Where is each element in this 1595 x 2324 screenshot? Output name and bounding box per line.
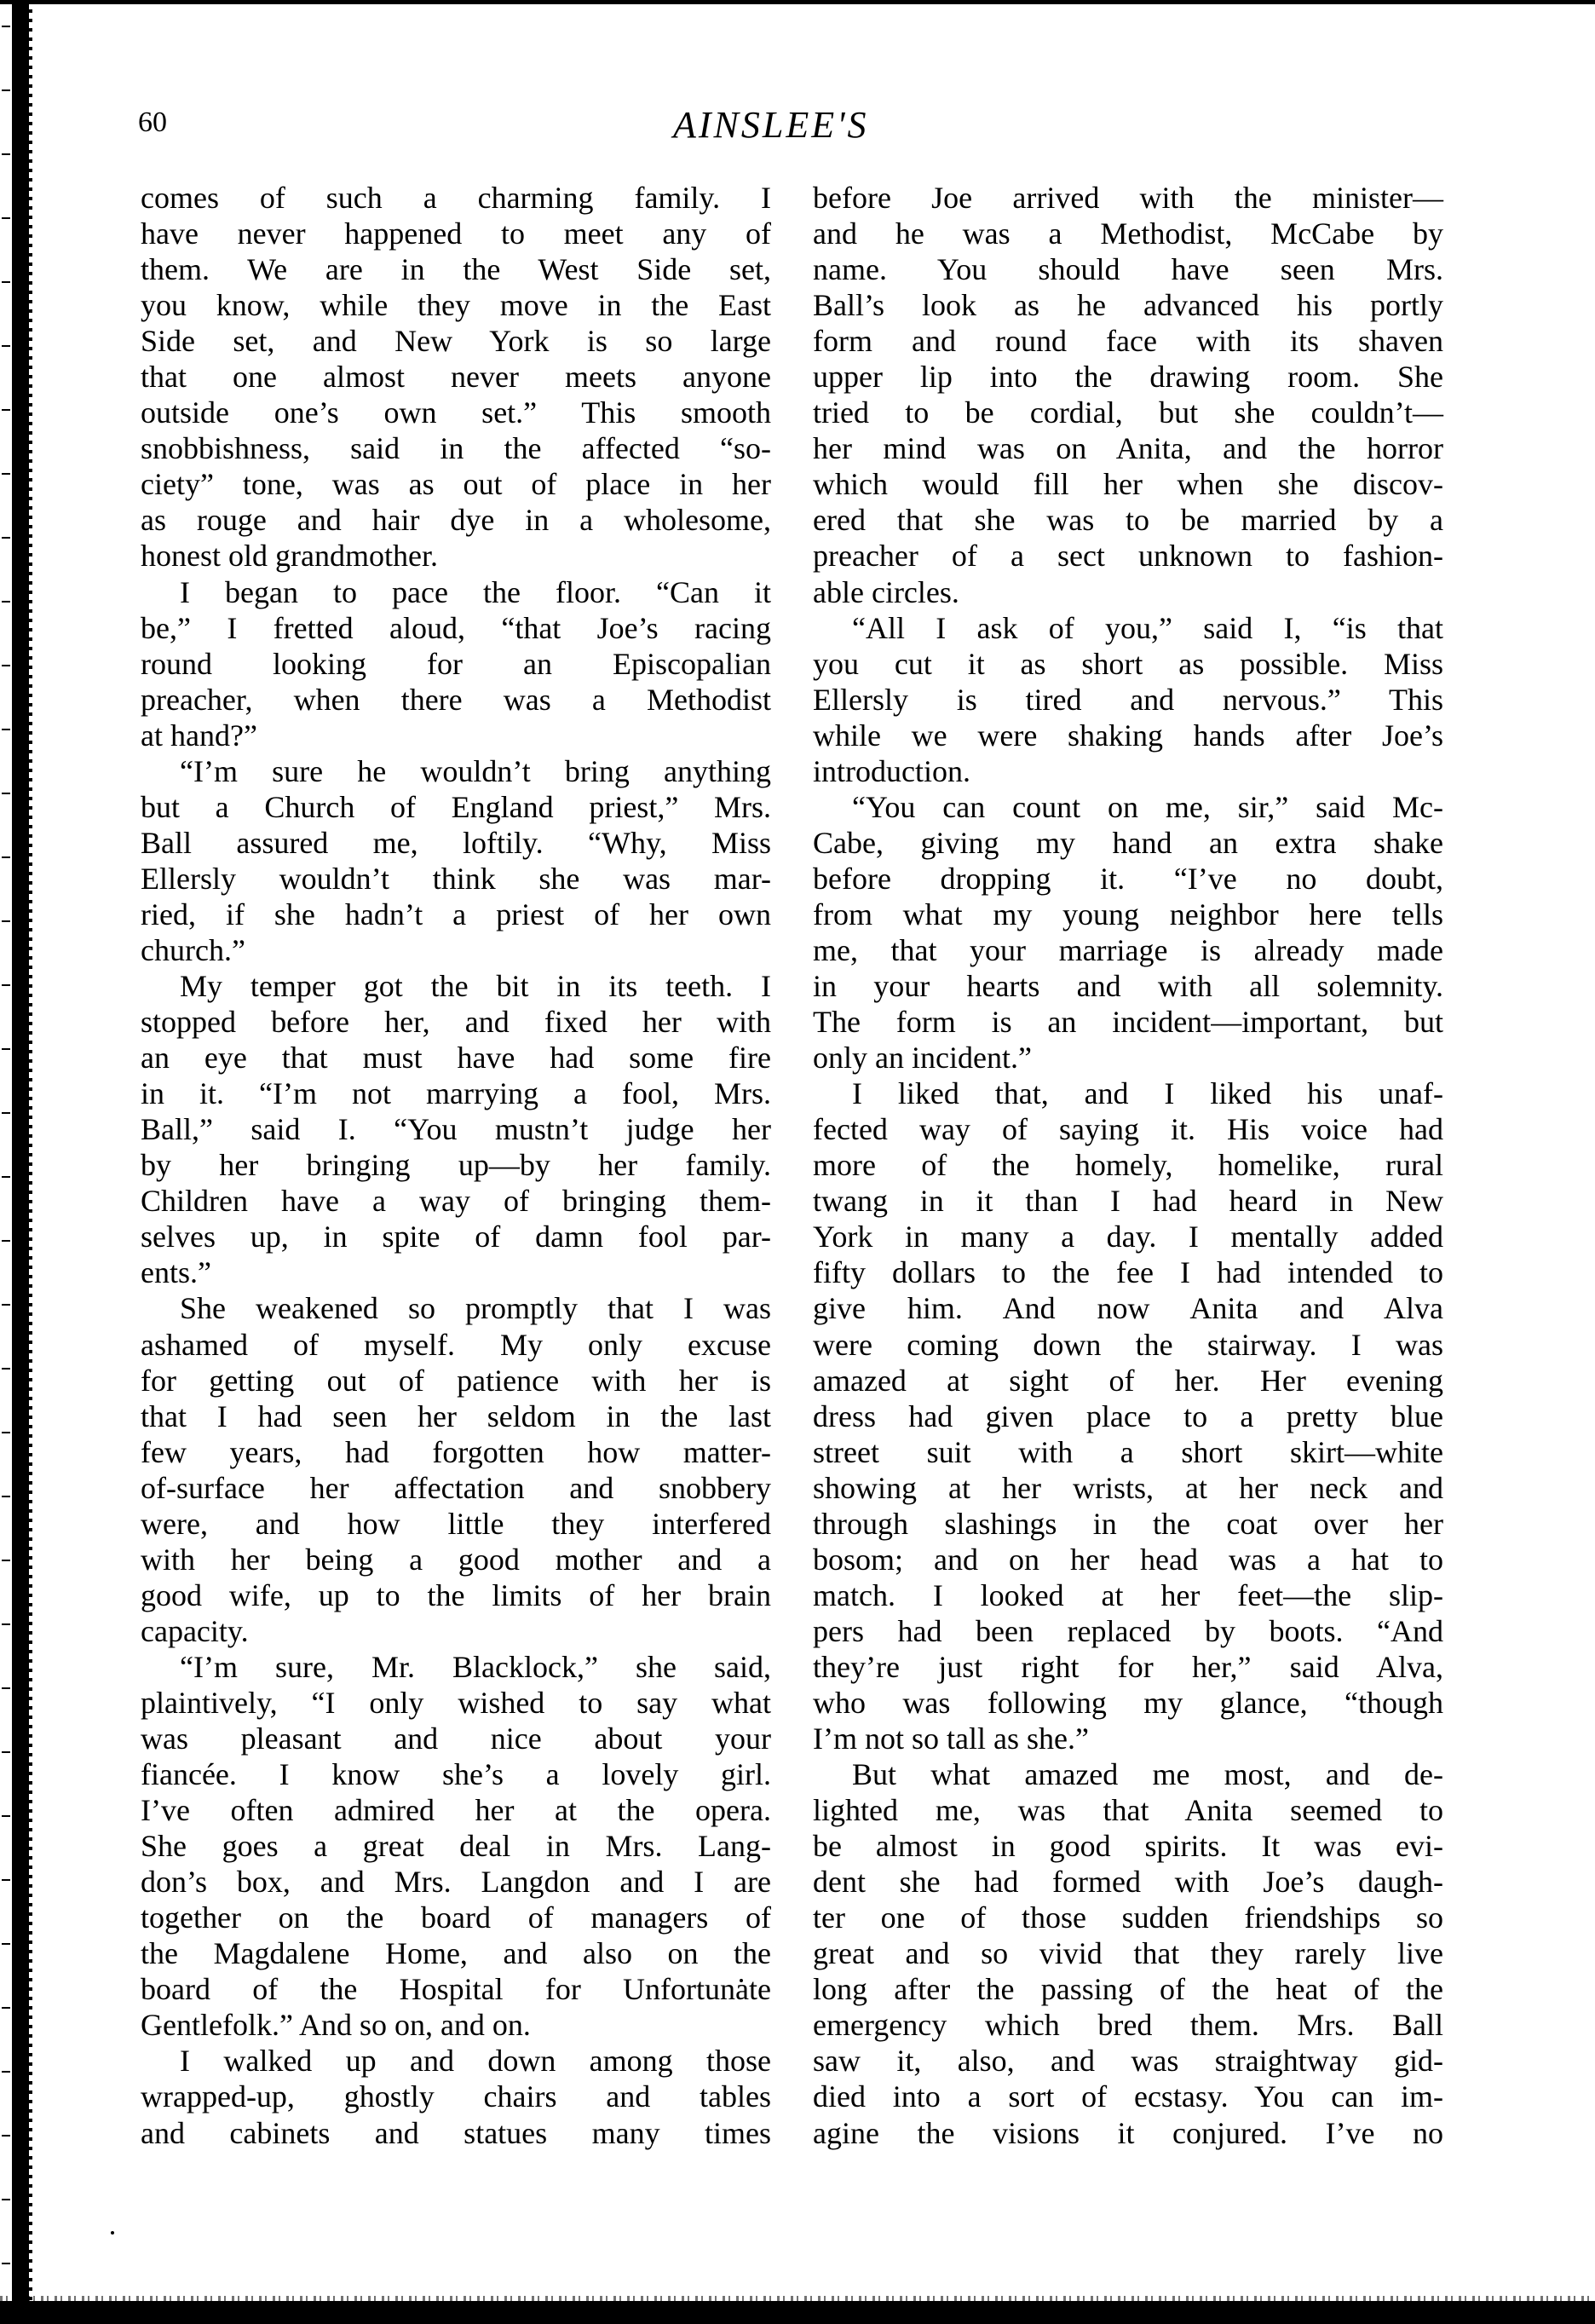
text-line: agine the visions it conjured. I’ve no [813, 2115, 1443, 2151]
text-line: tried to be cordial, but she couldn’t— [813, 395, 1443, 430]
text-line: bosom; and on her head was a hat to [813, 1542, 1443, 1577]
text-line: only an incident.” [813, 1040, 1443, 1075]
scan-speck [740, 1979, 743, 1982]
text-line: them. We are in the West Side set, [141, 251, 771, 287]
text-line: and cabinets and statues many times [141, 2115, 771, 2151]
text-line: died into a sort of ecstasy. You can im- [813, 2079, 1443, 2114]
text-line: at hand?” [141, 718, 771, 753]
text-line: York in many a day. I mentally added [813, 1219, 1443, 1254]
text-line: that I had seen her seldom in the last [141, 1398, 771, 1434]
text-line: while we were shaking hands after Joe’s [813, 718, 1443, 753]
text-line: were coming down the stairway. I was [813, 1327, 1443, 1363]
text-line: honest old grandmother. [141, 538, 771, 574]
text-line: don’s box, and Mrs. Langdon and I are [141, 1864, 771, 1900]
text-line: match. I looked at her feet—the slip- [813, 1577, 1443, 1613]
text-line: emergency which bred them. Mrs. Ball [813, 2007, 1443, 2043]
text-line: you know, while they move in the East [141, 287, 771, 323]
text-line: Ball,” said I. “You mustn’t judge her [141, 1111, 771, 1147]
text-line: which would fill her when she discov- [813, 466, 1443, 502]
text-line: Ball assured me, loftily. “Why, Miss [141, 825, 771, 861]
text-line: was pleasant and nice about your [141, 1721, 771, 1756]
text-line: before dropping it. “I’ve no doubt, [813, 861, 1443, 897]
text-line: dent she had formed with Joe’s daugh- [813, 1864, 1443, 1900]
text-line: from what my young neighbor here tells [813, 897, 1443, 932]
text-line: long after the passing of the heat of th… [813, 1971, 1443, 2007]
running-head-title: AINSLEE'S [673, 104, 869, 147]
text-line: be almost in good spirits. It was evi- [813, 1828, 1443, 1864]
text-line: showing at her wrists, at her neck and [813, 1470, 1443, 1506]
scan-bottom-border [0, 2301, 1595, 2324]
text-line: few years, had forgotten how matter- [141, 1434, 771, 1470]
text-line: they’re just right for her,” said Alva, [813, 1649, 1443, 1685]
text-line: I’ve often admired her at the opera. [141, 1792, 771, 1828]
text-line: “You can count on me, sir,” said Mc- [813, 789, 1443, 825]
text-line: together on the board of managers of [141, 1900, 771, 1935]
text-line: be,” I fretted aloud, “that Joe’s racing [141, 610, 771, 646]
text-line: selves up, in spite of damn fool par- [141, 1219, 771, 1254]
text-line: in it. “I’m not marrying a fool, Mrs. [141, 1075, 771, 1111]
text-line: upper lip into the drawing room. She [813, 359, 1443, 395]
text-line: as rouge and hair dye in a wholesome, [141, 502, 771, 538]
text-line: pers had been replaced by boots. “And [813, 1613, 1443, 1649]
text-line: I began to pace the floor. “Can it [141, 574, 771, 610]
text-line: ashamed of myself. My only excuse [141, 1327, 771, 1363]
text-line: stopped before her, and fixed her with [141, 1004, 771, 1040]
text-line: her mind was on Anita, and the horror [813, 430, 1443, 466]
scan-binding-texture [29, 0, 32, 2324]
text-line: round looking for an Episcopalian [141, 646, 771, 682]
text-line: ents.” [141, 1254, 771, 1290]
scan-speck [111, 2231, 114, 2235]
text-line: ter one of those sudden friendships so [813, 1900, 1443, 1935]
text-line: I liked that, and I liked his unaf- [813, 1075, 1443, 1111]
text-line: lighted me, was that Anita seemed to [813, 1792, 1443, 1828]
scan-top-border [0, 0, 1595, 4]
text-line: dress had given place to a pretty blue [813, 1398, 1443, 1434]
text-line: ered that she was to be married by a [813, 502, 1443, 538]
text-line: but a Church of England priest,” Mrs. [141, 789, 771, 825]
text-line: fiancée. I know she’s a lovely girl. [141, 1756, 771, 1792]
text-line: for getting out of patience with her is [141, 1363, 771, 1398]
text-line: great and so vivid that they rarely live [813, 1935, 1443, 1971]
text-line: fifty dollars to the fee I had intended … [813, 1254, 1443, 1290]
text-line: wrapped-up, ghostly chairs and tables [141, 2079, 771, 2114]
text-line: who was following my glance, “though [813, 1685, 1443, 1721]
text-line: Ball’s look as he advanced his portly [813, 287, 1443, 323]
text-line: Side set, and New York is so large [141, 323, 771, 359]
text-line: But what amazed me most, and de- [813, 1756, 1443, 1792]
text-line: introduction. [813, 753, 1443, 789]
text-line: Ellersly is tired and nervous.” This [813, 682, 1443, 718]
text-line: more of the homely, homelike, rural [813, 1147, 1443, 1183]
text-line: preacher of a sect unknown to fashion- [813, 538, 1443, 574]
text-line: good wife, up to the limits of her brain [141, 1577, 771, 1613]
text-line: saw it, also, and was straightway gid- [813, 2043, 1443, 2079]
text-line: give him. And now Anita and Alva [813, 1290, 1443, 1326]
text-line: I walked up and down among those [141, 2043, 771, 2079]
text-line: and he was a Methodist, McCabe by [813, 216, 1443, 251]
text-line: have never happened to meet any of [141, 216, 771, 251]
text-column-right: before Joe arrived with the minister—and… [813, 180, 1443, 2151]
text-line: Children have a way of bringing them- [141, 1183, 771, 1219]
text-column-left: comes of such a charming family. Ihave n… [141, 180, 771, 2151]
scan-binding-noise [2, 0, 10, 2324]
text-line: were, and how little they interfered [141, 1506, 771, 1542]
text-line: capacity. [141, 1613, 771, 1649]
text-line: through slashings in the coat over her [813, 1506, 1443, 1542]
text-line: with her being a good mother and a [141, 1542, 771, 1577]
text-line: ciety” tone, was as out of place in her [141, 466, 771, 502]
text-line: I’m not so tall as she.” [813, 1721, 1443, 1756]
text-line: “All I ask of you,” said I, “is that [813, 610, 1443, 646]
text-line: able circles. [813, 574, 1443, 610]
scan-binding-edge [12, 0, 29, 2324]
text-line: Gentlefolk.” And so on, and on. [141, 2007, 771, 2043]
text-line: street suit with a short skirt—white [813, 1434, 1443, 1470]
text-line: you cut it as short as possible. Miss [813, 646, 1443, 682]
text-line: “I’m sure, Mr. Blacklock,” she said, [141, 1649, 771, 1685]
text-line: Ellersly wouldn’t think she was mar- [141, 861, 771, 897]
page-number: 60 [138, 106, 167, 140]
text-line: snobbishness, said in the affected “so- [141, 430, 771, 466]
text-line: name. You should have seen Mrs. [813, 251, 1443, 287]
text-line: Cabe, giving my hand an extra shake [813, 825, 1443, 861]
text-line: preacher, when there was a Methodist [141, 682, 771, 718]
text-line: She goes a great deal in Mrs. Lang- [141, 1828, 771, 1864]
text-line: My temper got the bit in its teeth. I [141, 968, 771, 1004]
text-line: outside one’s own set.” This smooth [141, 395, 771, 430]
text-line: board of the Hospital for Unfortunate [141, 1971, 771, 2007]
text-line: by her bringing up—by her family. [141, 1147, 771, 1183]
text-line: ried, if she hadn’t a priest of her own [141, 897, 771, 932]
text-line: church.” [141, 932, 771, 968]
text-line: She weakened so promptly that I was [141, 1290, 771, 1326]
text-line: fected way of saying it. His voice had [813, 1111, 1443, 1147]
text-line: The form is an incident—important, but [813, 1004, 1443, 1040]
text-line: plaintively, “I only wished to say what [141, 1685, 771, 1721]
text-line: that one almost never meets anyone [141, 359, 771, 395]
text-line: in your hearts and with all solemnity. [813, 968, 1443, 1004]
text-line: an eye that must have had some fire [141, 1040, 771, 1075]
text-line: of-surface her affectation and snobbery [141, 1470, 771, 1506]
text-line: amazed at sight of her. Her evening [813, 1363, 1443, 1398]
text-line: “I’m sure he wouldn’t bring anything [141, 753, 771, 789]
text-line: comes of such a charming family. I [141, 180, 771, 216]
text-line: twang in it than I had heard in New [813, 1183, 1443, 1219]
text-line: form and round face with its shaven [813, 323, 1443, 359]
text-line: the Magdalene Home, and also on the [141, 1935, 771, 1971]
text-line: before Joe arrived with the minister— [813, 180, 1443, 216]
text-line: me, that your marriage is already made [813, 932, 1443, 968]
